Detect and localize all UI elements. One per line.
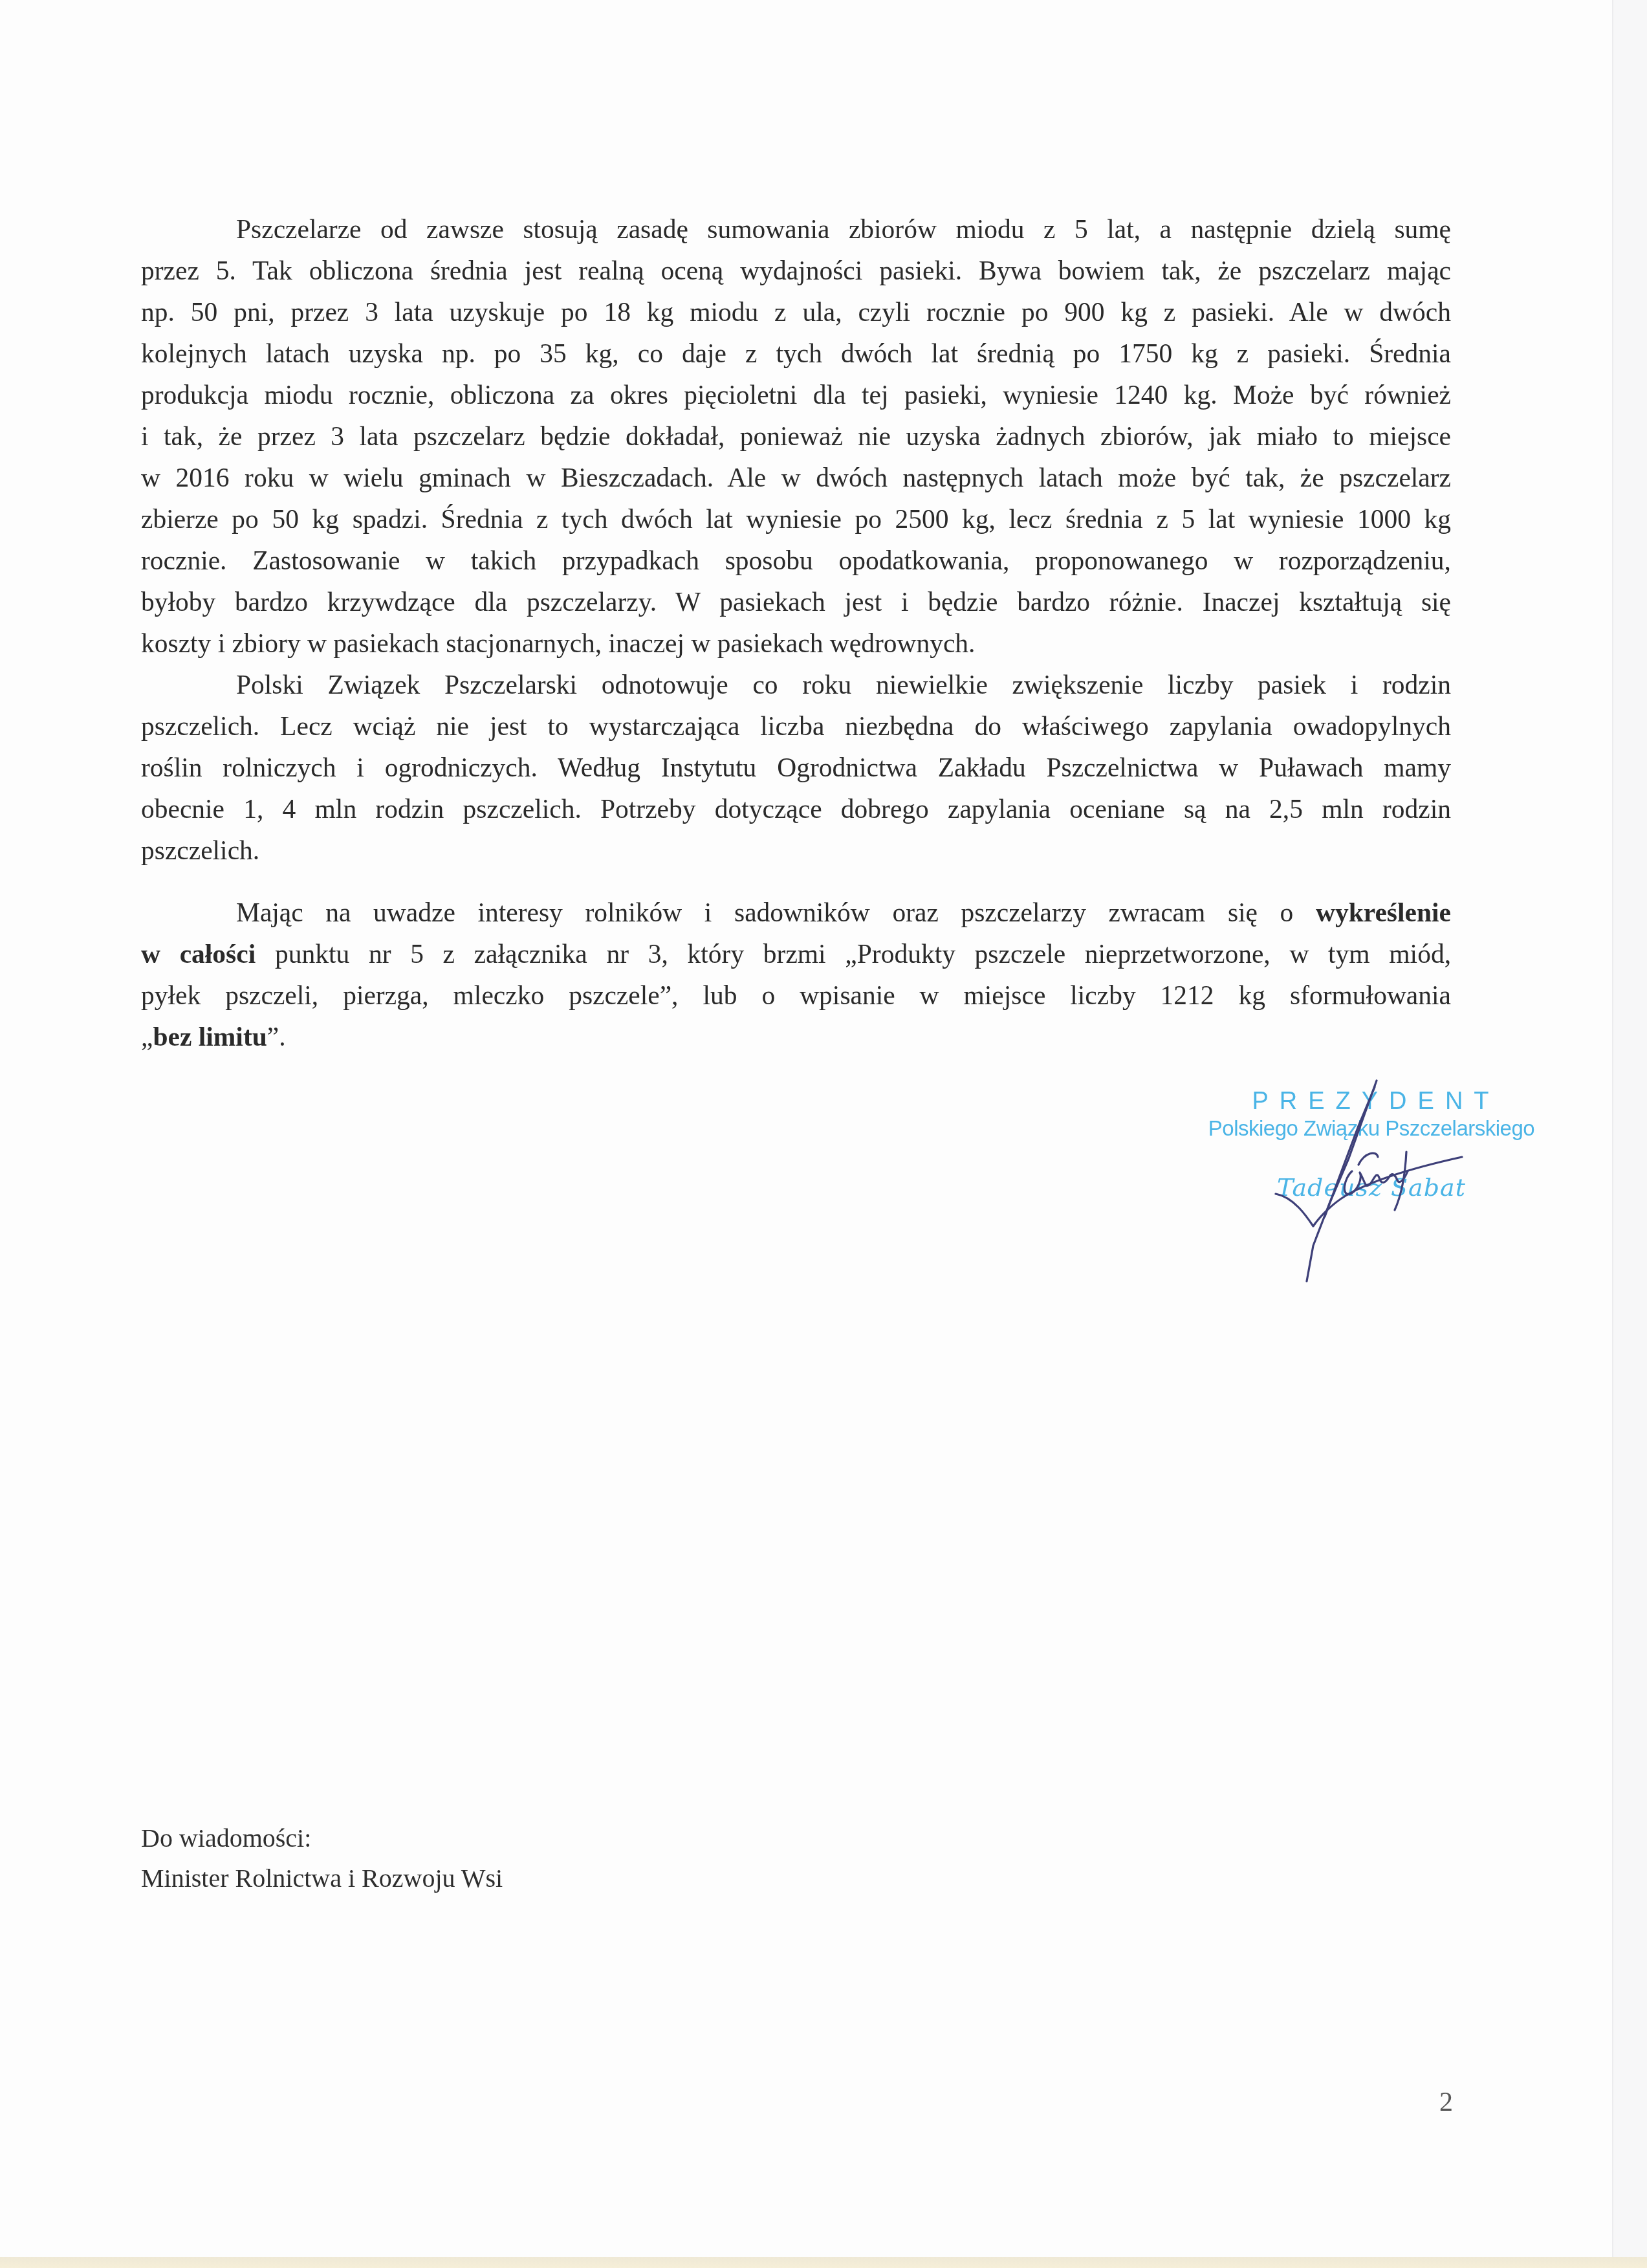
text-line: pszczelich. Lecz wciąż nie jest to wysta… <box>141 705 1451 747</box>
paragraph-honey-averaging: Pszczelarze od zawsze stosują zasadę sum… <box>141 208 1451 664</box>
cc-recipient: Minister Rolnictwa i Rozwoju Wsi <box>141 1858 503 1899</box>
text-line: rocznie. Zastosowanie w takich przypadka… <box>141 540 1451 581</box>
text-line: byłoby bardzo krzywdzące dla pszczelarzy… <box>141 581 1451 622</box>
cc-block: Do wiadomości: Minister Rolnictwa i Rozw… <box>141 1818 503 1899</box>
page-number: 2 <box>1439 2087 1453 2118</box>
text-line: pyłek pszczeli, pierzga, mleczko pszczel… <box>141 974 1451 1016</box>
cc-label: Do wiadomości: <box>141 1818 503 1858</box>
request-text: Mając na uwadze interesy rolników i sado… <box>236 897 1293 927</box>
text-line: w całości punktu nr 5 z załącznika nr 3,… <box>141 933 1451 974</box>
text-line: „bez limitu”. <box>141 1016 1451 1057</box>
quote-open: „ <box>141 1022 153 1051</box>
bold-phrase: bez limitu <box>153 1022 267 1051</box>
text-line: Pszczelarze od zawsze stosują zasadę sum… <box>141 208 1451 250</box>
text-line: Mając na uwadze interesy rolników i sado… <box>141 892 1451 933</box>
text-line: i tak, że przez 3 lata pszczelarz będzie… <box>141 415 1451 457</box>
bold-phrase: wykreślenie <box>1316 897 1451 927</box>
text-line: obecnie 1, 4 mln rodzin pszczelich. Potr… <box>141 788 1451 830</box>
text-line: w 2016 roku w wielu gminach w Bieszczada… <box>141 457 1451 498</box>
paragraph-request: Mając na uwadze interesy rolników i sado… <box>141 892 1451 1057</box>
text-line: przez 5. Tak obliczona średnia jest real… <box>141 250 1451 291</box>
request-text: punktu nr 5 z załącznika nr 3, który brz… <box>275 939 1451 969</box>
quote-close: ”. <box>267 1022 286 1051</box>
handwritten-signature <box>1268 1074 1475 1288</box>
text-line: produkcja miodu rocznie, obliczona za ok… <box>141 374 1451 415</box>
bold-phrase: w całości <box>141 939 256 969</box>
text-line: pszczelich. <box>141 830 1451 871</box>
text-line: kolejnych latach uzyska np. po 35 kg, co… <box>141 333 1451 374</box>
text-line: zbierze po 50 kg spadzi. Średnia z tych … <box>141 498 1451 540</box>
paragraph-bee-colonies: Polski Związek Pszczelarski odnotowuje c… <box>141 664 1451 871</box>
text-line: roślin rolniczych i ogrodniczych. Według… <box>141 747 1451 788</box>
scan-bottom-strip <box>0 2257 1647 2268</box>
scan-paper-edge <box>1612 0 1647 2268</box>
text-line: koszty i zbiory w pasiekach stacjonarnyc… <box>141 622 1451 664</box>
text-line: Polski Związek Pszczelarski odnotowuje c… <box>141 664 1451 705</box>
text-line: np. 50 pni, przez 3 lata uzyskuje po 18 … <box>141 291 1451 333</box>
